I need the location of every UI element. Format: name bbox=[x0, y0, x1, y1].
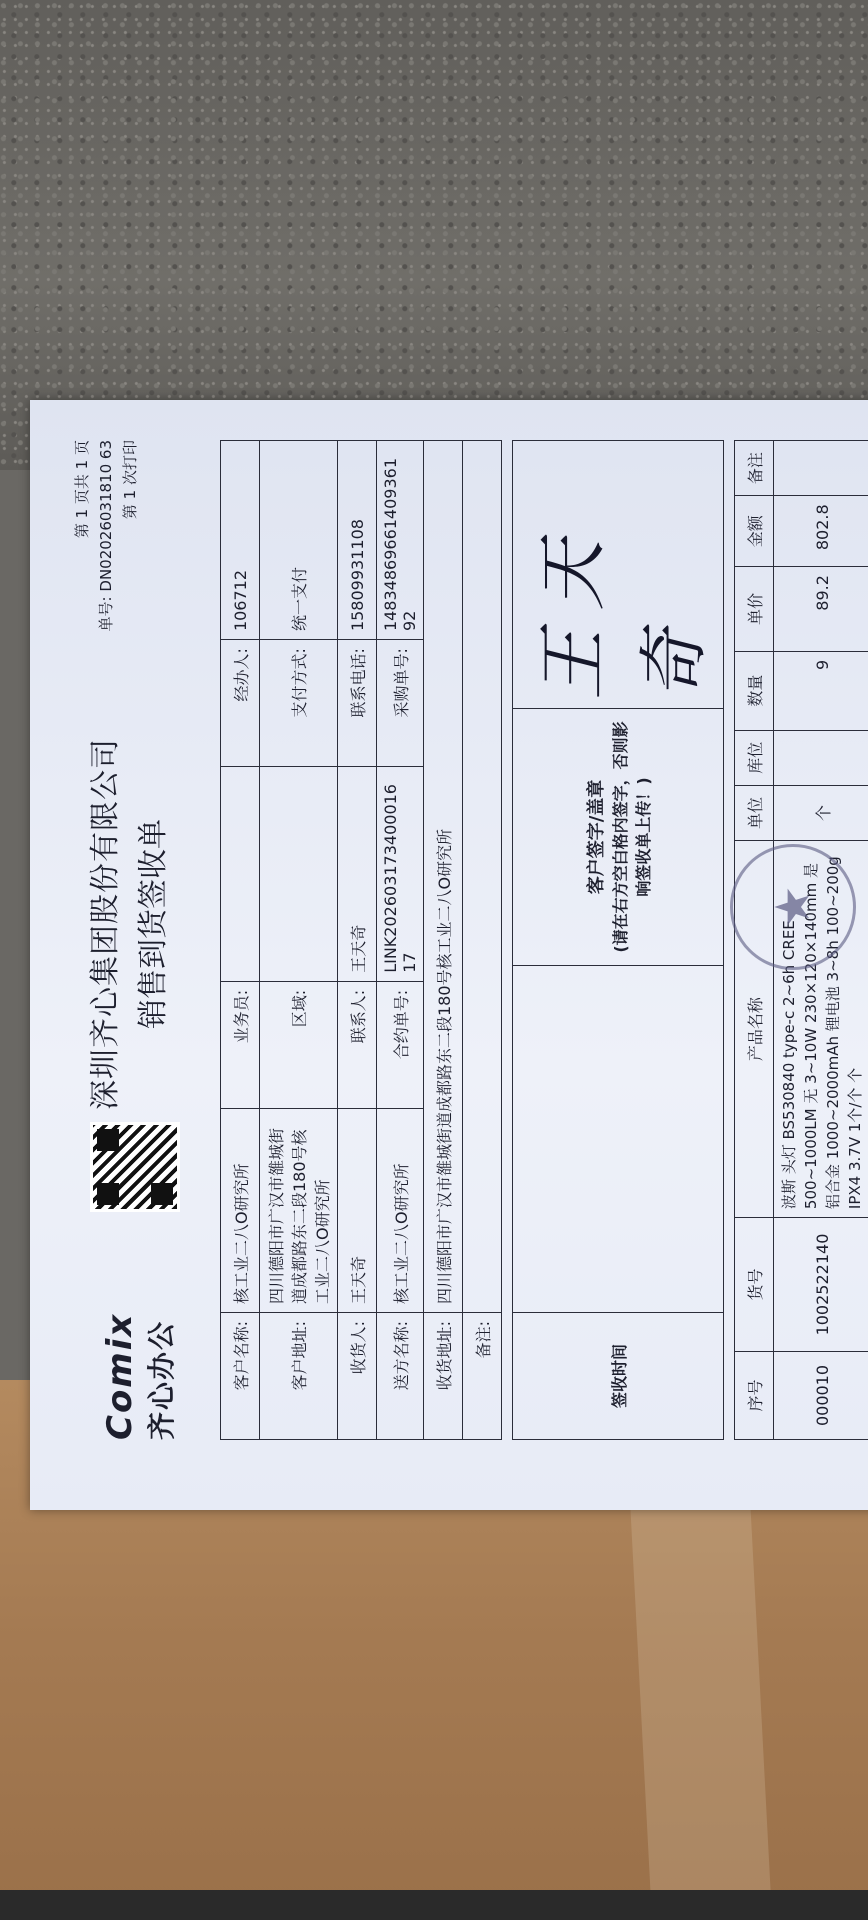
receiver-label: 收货人: bbox=[338, 1313, 377, 1440]
sign-title: 客户签字/盖章 bbox=[582, 717, 608, 957]
contract-number: LINK202603173400016 17 bbox=[377, 767, 424, 982]
col-qty: 数量 bbox=[735, 651, 774, 730]
customer-name-label: 客户名称: bbox=[221, 1313, 260, 1440]
qr-code-icon bbox=[90, 1122, 180, 1212]
payment-method: 统一支付 bbox=[260, 441, 338, 640]
customer-address: 四川德阳市广汉市雒城街道成都路东二段180号核工业二八O研究所 bbox=[260, 1108, 338, 1312]
ship-to-label: 送方名称: bbox=[377, 1313, 424, 1440]
region-label: 区域: bbox=[260, 981, 338, 1108]
packing-tape bbox=[629, 1477, 771, 1903]
purchase-number: 14834869661409361 92 bbox=[377, 441, 424, 640]
salesperson-label: 业务员: bbox=[221, 981, 260, 1108]
company-name: 深圳齐心集团股份有限公司 bbox=[80, 738, 124, 1110]
contract-label: 合约单号: bbox=[377, 981, 424, 1108]
item-price: 89.2 bbox=[774, 567, 868, 652]
salesperson bbox=[221, 767, 260, 982]
signature-box[interactable]: 王天奇 bbox=[513, 441, 724, 709]
delivery-address-label: 收货地址: bbox=[424, 1313, 463, 1440]
contact-label: 联系人: bbox=[338, 981, 377, 1108]
remark-label: 备注: bbox=[463, 1313, 502, 1440]
region bbox=[260, 767, 338, 982]
handler: 106712 bbox=[221, 441, 260, 640]
page-info: 第 1 页共 1 页 bbox=[70, 440, 94, 631]
item-seq: 000010 bbox=[774, 1351, 868, 1439]
customer-info-table: 客户名称: 核工业二八O研究所 业务员: 经办人: 106712 客户地址: 四… bbox=[220, 440, 502, 1440]
customer-address-label: 客户地址: bbox=[260, 1313, 338, 1440]
floor-strip bbox=[0, 1890, 868, 1920]
receipt-meta: 第 1 页共 1 页 单号: DN02026031810 63 第 1 次打印 bbox=[70, 440, 142, 631]
print-count: 第 1 次打印 bbox=[118, 440, 142, 631]
sign-time-field[interactable] bbox=[513, 966, 724, 1313]
col-sku: 货号 bbox=[735, 1218, 774, 1352]
logo-en: Comix bbox=[100, 1313, 140, 1440]
col-location: 库位 bbox=[735, 730, 774, 785]
item-location bbox=[774, 730, 868, 785]
item-amount: 802.8 bbox=[774, 496, 868, 567]
signature-table: 签收时间 客户签字/盖章 (请在右方空白格内签字，否则影响签收单上传！) 王天奇 bbox=[512, 440, 724, 1440]
col-price: 单价 bbox=[735, 567, 774, 652]
remark bbox=[463, 441, 502, 1313]
customer-signature: 王天奇 bbox=[532, 520, 715, 700]
phone: 15809931108 bbox=[338, 441, 377, 640]
item-note bbox=[774, 441, 868, 496]
receiver: 王天奇 bbox=[338, 1108, 377, 1312]
col-note: 备注 bbox=[735, 441, 774, 496]
col-seq: 序号 bbox=[735, 1351, 774, 1439]
company-stamp-star-icon: ★ bbox=[730, 844, 856, 970]
item-unit: 个 bbox=[774, 785, 868, 840]
comix-logo: Comix 齐心办公 bbox=[100, 1313, 180, 1440]
purchase-label: 采购单号: bbox=[377, 640, 424, 767]
delivery-address: 四川德阳市广汉市雒城街道成都路东二段180号核工业二八O研究所 bbox=[424, 441, 463, 1313]
order-no-label: 单号: bbox=[97, 596, 115, 631]
delivery-receipt: Comix 齐心办公 深圳齐心集团股份有限公司 销售到货签收单 第 1 页共 1… bbox=[30, 400, 868, 1510]
receipt-header: Comix 齐心办公 深圳齐心集团股份有限公司 销售到货签收单 第 1 页共 1… bbox=[70, 440, 220, 1440]
col-unit: 单位 bbox=[735, 785, 774, 840]
logo-cn: 齐心办公 bbox=[140, 1313, 180, 1440]
order-number: 单号: DN02026031810 63 bbox=[94, 440, 118, 631]
sign-note: (请在右方空白格内签字，否则影响签收单上传！) bbox=[608, 717, 654, 957]
title-block: 深圳齐心集团股份有限公司 销售到货签收单 bbox=[80, 738, 172, 1110]
handler-label: 经办人: bbox=[221, 640, 260, 767]
sign-instructions: 客户签字/盖章 (请在右方空白格内签字，否则影响签收单上传！) bbox=[513, 709, 724, 966]
item-sku: 1002522140 bbox=[774, 1218, 868, 1352]
col-amount: 金额 bbox=[735, 496, 774, 567]
payment-label: 支付方式: bbox=[260, 640, 338, 767]
document-title: 销售到货签收单 bbox=[128, 738, 172, 1110]
item-qty: 9 bbox=[774, 651, 868, 730]
order-no-value: DN02026031810 63 bbox=[97, 440, 115, 592]
phone-label: 联系电话: bbox=[338, 640, 377, 767]
customer-name: 核工业二八O研究所 bbox=[221, 1108, 260, 1312]
contact: 王天奇 bbox=[338, 767, 377, 982]
sign-time-label: 签收时间 bbox=[513, 1313, 724, 1440]
ship-to: 核工业二八O研究所 bbox=[377, 1108, 424, 1312]
